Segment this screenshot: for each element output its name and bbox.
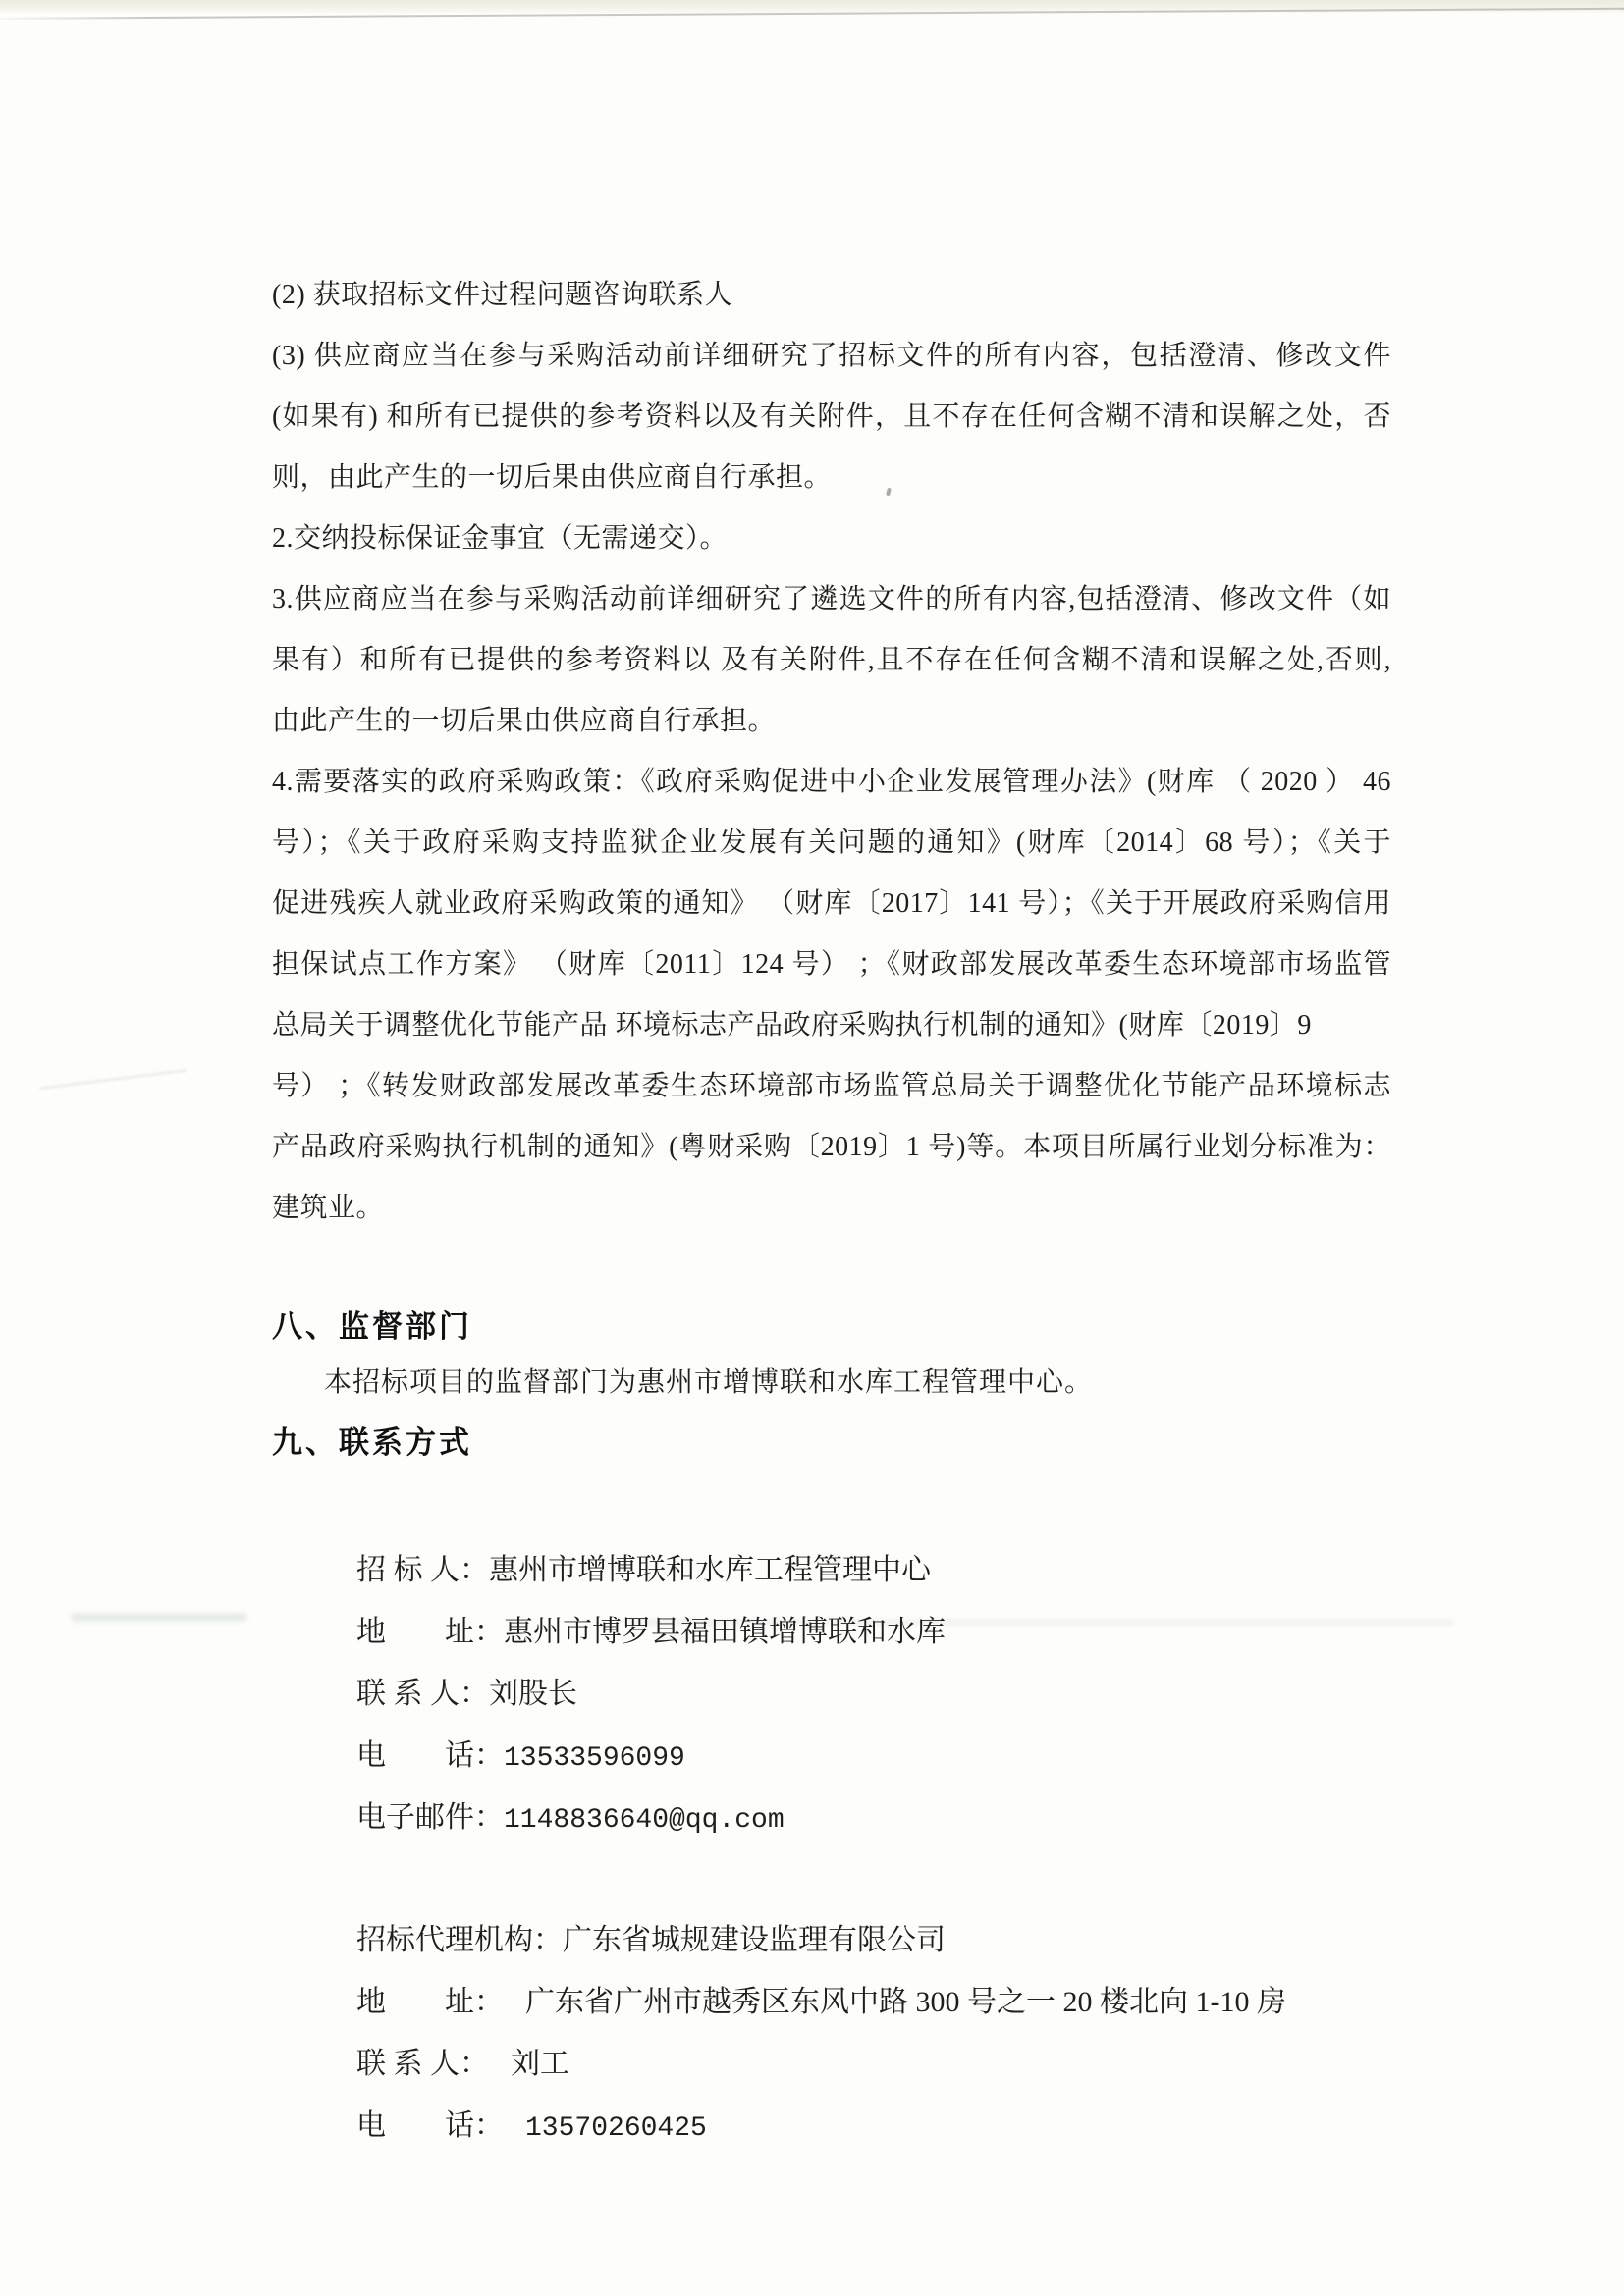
row-label: 电 话： xyxy=(356,2109,504,2142)
body-text-line: 由此产生的一切后果由供应商自行承担。 xyxy=(272,691,1391,752)
body-text-line: (如果有) 和所有已提供的参考资料以及有关附件，且不存在任何含糊不清和误解之处，… xyxy=(272,387,1391,448)
body-text-line: 建筑业。 xyxy=(272,1178,1391,1239)
body-text-line: 3.供应商应当在参与采购活动前详细研究了遴选文件的所有内容,包括澄清、修改文件（… xyxy=(272,569,1391,630)
body-text-line: (3) 供应商应当在参与采购活动前详细研究了招标文件的所有内容，包括澄清、修改文… xyxy=(272,326,1391,387)
row-label: 地 址： xyxy=(356,1616,504,1648)
body-text-line: 促进残疾人就业政府采购政策的通知》 （财库〔2017〕141 号）；《关于开展政… xyxy=(272,874,1391,934)
body-text-line: 果有）和所有已提供的参考资料以 及有关附件,且不存在任何含糊不清和误解之处,否则… xyxy=(272,630,1391,691)
row-value: 1148836640@qq.com xyxy=(504,1805,785,1836)
row-label: 招标代理机构： xyxy=(356,1924,563,1956)
body-text-line: 4.需要落实的政府采购政策：《政府采购促进中小企业发展管理办法》(财库 （ 20… xyxy=(272,752,1391,813)
body-text-line: 号）；《关于政府采购支持监狱企业发展有关问题的通知》(财库〔2014〕68 号）… xyxy=(272,813,1391,874)
row-value: 广东省广州市越秀区东风中路 300 号之一 20 楼北向 1-10 房 xyxy=(525,1986,1286,2018)
row-value: 13533596099 xyxy=(504,1743,685,1774)
tenderer-row: 招 标 人：惠州市增博联和水库工程管理中心 xyxy=(312,1477,946,1539)
supervision-section-heading: 八、监督部门 xyxy=(272,1302,472,1346)
body-text-line: 担保试点工作方案》 （财库〔2011〕124 号） ；《财政部发展改革委生态环境… xyxy=(272,934,1391,995)
row-label: 招 标 人： xyxy=(356,1554,489,1586)
row-label: 地 址： xyxy=(356,1986,504,2018)
body-text-line: 2.交纳投标保证金事宜（无需递交）。 xyxy=(272,508,1391,569)
body-text-line: (2) 获取招标文件过程问题咨询联系人 xyxy=(272,265,1391,326)
agency-contact-block: 招标代理机构：广东省城规建设监理有限公司 地 址：广东省广州市越秀区东风中路 3… xyxy=(312,1847,1286,2095)
document-page: (2) 获取招标文件过程问题咨询联系人 (3) 供应商应当在参与采购活动前详细研… xyxy=(0,0,1624,2296)
scan-artifact-streak xyxy=(39,1069,186,1090)
row-value: 惠州市增博联和水库工程管理中心 xyxy=(489,1554,931,1586)
scan-artifact-streak xyxy=(71,1613,247,1622)
tenderer-contact-block: 招 标 人：惠州市增博联和水库工程管理中心 地 址：惠州市博罗县福田镇增博联和水… xyxy=(312,1477,946,1787)
row-value: 广东省城规建设监理有限公司 xyxy=(563,1924,946,1956)
body-text-line: 产品政府采购执行机制的通知》(粤财采购〔2019〕1 号)等。本项目所属行业划分… xyxy=(272,1117,1391,1178)
body-text-block: (2) 获取招标文件过程问题咨询联系人 (3) 供应商应当在参与采购活动前详细研… xyxy=(272,265,1391,1239)
agency-row: 招标代理机构：广东省城规建设监理有限公司 xyxy=(312,1847,1286,1909)
body-text-line: 总局关于调整优化节能产品 环境标志产品政府采购执行机制的通知》(财库〔2019〕… xyxy=(272,995,1391,1056)
row-label: 电子邮件： xyxy=(356,1801,504,1834)
contact-section-heading: 九、联系方式 xyxy=(272,1417,472,1462)
supervision-department-text: 本招标项目的监督部门为惠州市增博联和水库工程管理中心。 xyxy=(324,1361,1093,1400)
row-label: 电 话： xyxy=(356,1739,504,1772)
body-text-line: 号） ；《转发财政部发展改革委生态环境部市场监管总局关于调整优化节能产品环境标志 xyxy=(272,1056,1391,1117)
body-text-line: 则，由此产生的一切后果由供应商自行承担。 xyxy=(272,448,1391,508)
row-value: 13570260425 xyxy=(525,2113,707,2144)
row-value: 惠州市博罗县福田镇增博联和水库 xyxy=(504,1616,946,1648)
row-value: 刘股长 xyxy=(489,1678,577,1710)
row-label: 联 系 人： xyxy=(356,2048,489,2080)
row-value: 刘工 xyxy=(511,2048,569,2080)
row-label: 联 系 人： xyxy=(356,1678,489,1710)
